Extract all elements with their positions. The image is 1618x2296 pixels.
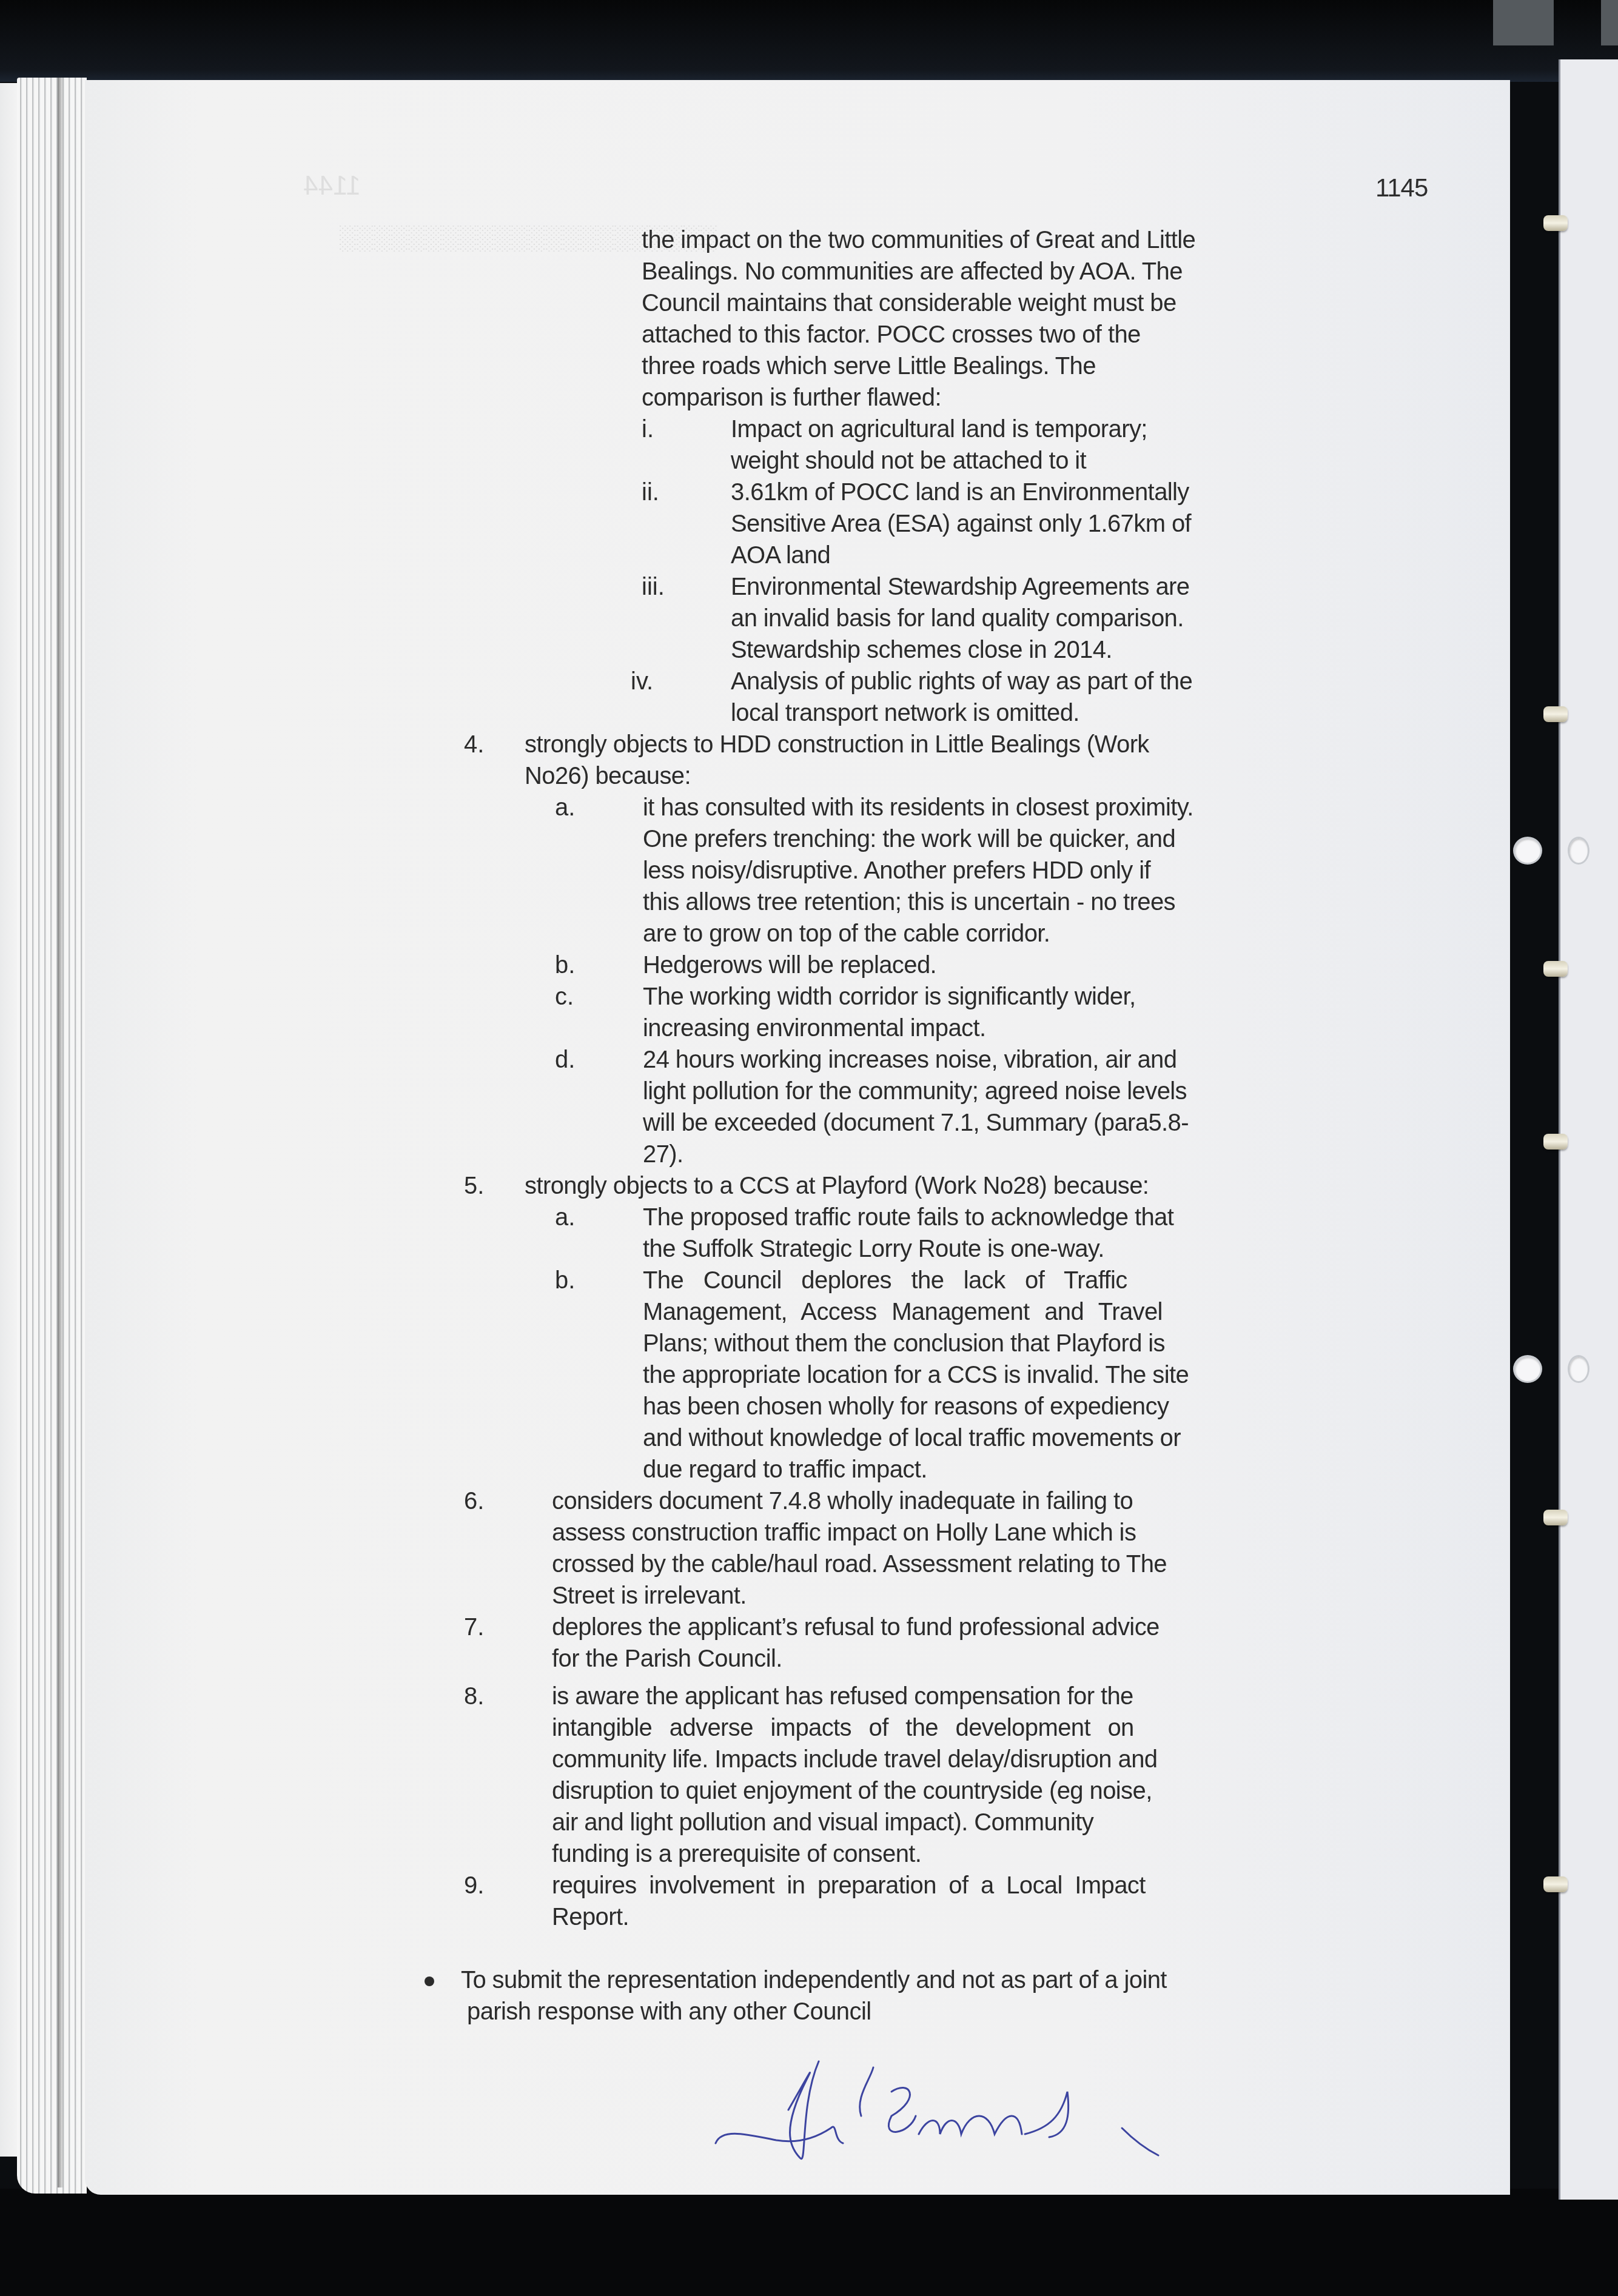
list-marker: a. — [555, 792, 575, 823]
list-item-text: are to grow on top of the cable corridor… — [643, 918, 1050, 949]
list-item-text: Report. — [552, 1901, 629, 1933]
list-item-text: 27). — [643, 1139, 683, 1170]
list-item-text: the appropriate location for a CCS is in… — [643, 1359, 1189, 1391]
list-item-text: this allows tree retention; this is unce… — [643, 886, 1175, 918]
list-marker: ii. — [642, 477, 659, 508]
dark-backdrop-top — [0, 0, 1618, 82]
list-item-text: considers document 7.4.8 wholly inadequa… — [552, 1485, 1133, 1517]
list-marker: iv. — [631, 666, 653, 697]
list-item-text: will be exceeded (document 7.1, Summary … — [643, 1107, 1189, 1139]
list-item-text: crossed by the cable/haul road. Assessme… — [552, 1548, 1167, 1580]
list-item-text: community life. Impacts include travel d… — [552, 1744, 1157, 1775]
binding-ring — [1543, 706, 1568, 722]
intro-line: Bealings. No communities are affected by… — [642, 256, 1294, 287]
list-item-text: it has consulted with its residents in c… — [643, 792, 1193, 823]
list-item-text: for the Parish Council. — [552, 1643, 782, 1675]
list-item-text: No26) because: — [525, 760, 691, 792]
adjacent-page-edge — [1559, 59, 1618, 2200]
intro-line: three roads which serve Little Bealings.… — [642, 350, 1294, 382]
list-item-text: is aware the applicant has refused compe… — [552, 1681, 1133, 1712]
list-item-text: assess construction traffic impact on Ho… — [552, 1517, 1136, 1548]
list-marker: i. — [642, 413, 654, 445]
bullet-text: To submit the representation independent… — [461, 1964, 1167, 1996]
bleed-through-page-number: 1144 — [303, 171, 361, 201]
list-marker: c. — [555, 981, 574, 1012]
binding-ring — [1543, 215, 1568, 231]
list-item-text: air and light pollution and visual impac… — [552, 1807, 1093, 1838]
list-item-text: Street is irrelevant. — [552, 1580, 747, 1612]
list-item-text: deplores the applicant’s refusal to fund… — [552, 1612, 1160, 1643]
list-item-text: and without knowledge of local traffic m… — [643, 1422, 1181, 1454]
list-marker: 9. — [464, 1870, 484, 1901]
list-item-text: Impact on agricultural land is temporary… — [731, 413, 1294, 445]
list-item-text: intangible adverse impacts of the develo… — [552, 1712, 1134, 1744]
binding-ring — [1543, 1510, 1568, 1525]
bullet-text: parish response with any other Council — [467, 1996, 871, 2027]
intro-line: attached to this factor. POCC crosses tw… — [642, 319, 1294, 350]
punched-hole — [1513, 837, 1542, 865]
list-item-text: The working width corridor is significan… — [643, 981, 1136, 1012]
binding-ring — [1543, 961, 1568, 977]
binder-tab — [1493, 0, 1554, 45]
list-marker: 8. — [464, 1681, 484, 1712]
list-item-text: 24 hours working increases noise, vibrat… — [643, 1044, 1177, 1076]
list-item-text: local transport network is omitted. — [731, 697, 1079, 729]
list-marker: b. — [555, 1265, 575, 1296]
list-marker: 4. — [464, 729, 484, 760]
list-marker: b. — [555, 949, 575, 981]
handwritten-signature — [710, 2043, 1231, 2170]
list-marker: a. — [555, 1202, 575, 1233]
list-item-text: 3.61km of POCC land is an Environmentall… — [731, 477, 1189, 508]
list-item-text: AOA land — [731, 540, 830, 571]
list-item-text: Hedgerows will be replaced. — [643, 949, 936, 981]
intro-line: Council maintains that considerable weig… — [642, 287, 1294, 319]
list-marker: 5. — [464, 1170, 484, 1202]
bullet-icon — [425, 1976, 434, 1986]
list-item-text: requires involvement in preparation of a… — [552, 1870, 1146, 1901]
list-item-text: light pollution for the community; agree… — [643, 1076, 1187, 1107]
list-item-text: an invalid basis for land quality compar… — [731, 603, 1184, 634]
list-item-text: funding is a prerequisite of consent. — [552, 1838, 921, 1870]
list-item-text: the Suffolk Strategic Lorry Route is one… — [643, 1233, 1104, 1265]
page-number: 1145 — [1375, 173, 1428, 202]
list-item-text: The Council deplores the lack of Traffic — [643, 1265, 1127, 1296]
page-stack-shadow — [58, 78, 64, 2187]
page-stack-edges — [17, 78, 87, 2194]
intro-line: the impact on the two communities of Gre… — [642, 224, 1294, 256]
list-marker: d. — [555, 1044, 575, 1076]
list-item-text: due regard to traffic impact. — [643, 1454, 927, 1485]
intro-line: comparison is further flawed: — [642, 382, 941, 413]
list-item-text: Sensitive Area (ESA) against only 1.67km… — [731, 508, 1191, 540]
list-item-text: has been chosen wholly for reasons of ex… — [643, 1391, 1169, 1422]
punched-hole — [1568, 837, 1589, 865]
punched-hole — [1513, 1355, 1542, 1383]
list-marker: 7. — [464, 1612, 484, 1643]
left-cover-edge — [0, 83, 17, 2157]
list-item-text: Management, Access Management and Travel — [643, 1296, 1163, 1328]
list-marker: iii. — [642, 571, 665, 603]
punched-hole — [1568, 1355, 1589, 1383]
list-item-text: Environmental Stewardship Agreements are — [731, 571, 1189, 603]
list-item-text: strongly objects to a CCS at Playford (W… — [525, 1170, 1149, 1202]
list-item-text: The proposed traffic route fails to ackn… — [643, 1202, 1173, 1233]
binding-ring — [1543, 1134, 1568, 1150]
list-item-text: weight should not be attached to it — [731, 445, 1086, 477]
list-marker: 6. — [464, 1485, 484, 1517]
list-item-text: Analysis of public rights of way as part… — [731, 666, 1192, 697]
list-item-text: less noisy/disruptive. Another prefers H… — [643, 855, 1150, 886]
list-item-text: strongly objects to HDD construction in … — [525, 729, 1149, 760]
list-item-text: One prefers trenching: the work will be … — [643, 823, 1175, 855]
binder-tab — [1601, 0, 1618, 45]
list-item-text: Plans; without them the conclusion that … — [643, 1328, 1165, 1359]
list-item-text: Stewardship schemes close in 2014. — [731, 634, 1112, 666]
list-item-text: disruption to quiet enjoyment of the cou… — [552, 1775, 1152, 1807]
dark-backdrop-bottom — [0, 2189, 1618, 2296]
binding-ring — [1543, 1876, 1568, 1892]
list-item-text: increasing environmental impact. — [643, 1012, 986, 1044]
